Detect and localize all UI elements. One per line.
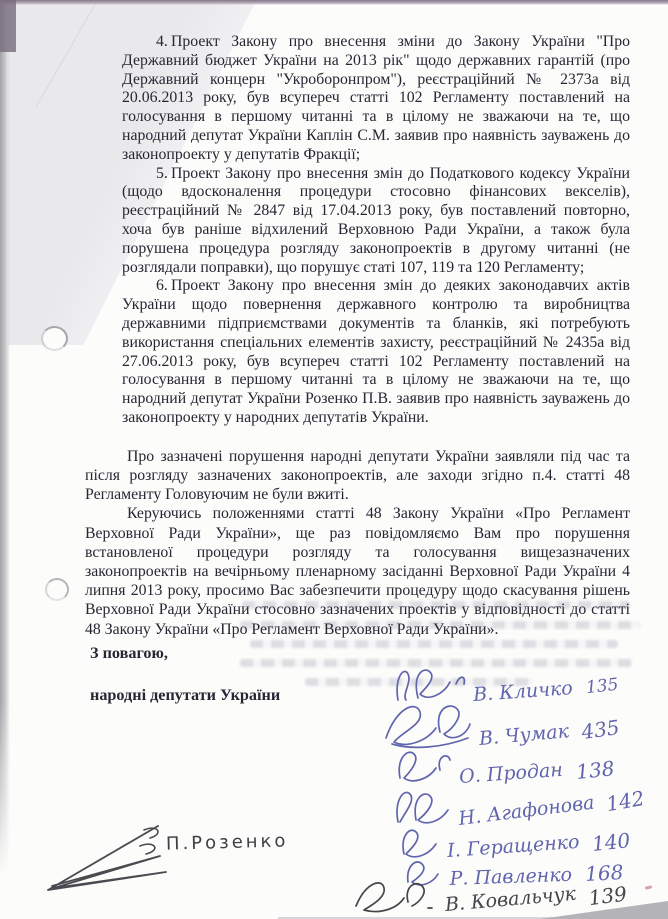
closing-salutation: З повагою,	[90, 644, 168, 663]
scan-edge-top	[0, 0, 668, 5]
scan-artifact	[645, 885, 652, 889]
item-number: 5.	[139, 165, 171, 184]
signature-row: В. Ковальчук 139	[352, 876, 629, 916]
paragraph-violations: Про зазначені порушення народні депутати…	[85, 447, 630, 505]
signature-scribble	[382, 698, 474, 750]
signature-number: 135	[585, 675, 619, 698]
signature-flourish	[40, 820, 172, 896]
signature-row: О. Продан 138	[392, 744, 616, 788]
bleed-through-text	[250, 640, 618, 648]
signature-number: 435	[580, 715, 621, 744]
scan-corner-top-left	[0, 0, 16, 52]
paragraph-request: Керуючись положеннями статті 48 Закону У…	[85, 504, 630, 638]
signature-number: 138	[575, 756, 615, 784]
item-text: Проект Закону про внесення зміни до Зако…	[122, 33, 630, 163]
signature-name: В. Ковальчук	[444, 883, 577, 916]
closing-signatories-label: народні депутати України	[90, 686, 280, 705]
item-number: 4.	[139, 33, 171, 52]
signature-scribble	[392, 744, 454, 788]
signature-number: 142	[604, 786, 646, 816]
signature-number: 140	[591, 828, 631, 856]
signature-scribble	[352, 876, 440, 916]
document-body: 4.Проект Закону про внесення зміни до За…	[0, 33, 668, 639]
signature-number: 139	[588, 882, 629, 910]
list-item-4: 4.Проект Закону про внесення зміни до За…	[122, 33, 630, 165]
item-text: Проект Закону про внесення змін до деяки…	[122, 277, 630, 426]
list-item-6: 6.Проект Закону про внесення змін до дея…	[122, 277, 630, 427]
scanned-document-page: 4.Проект Закону про внесення зміни до За…	[0, 0, 668, 919]
punch-hole	[41, 326, 68, 351]
item-number: 6.	[139, 277, 171, 296]
signature-name: П.Розенко	[166, 830, 289, 854]
list-item-5: 5.Проект Закону про внесення змін до Под…	[122, 165, 630, 278]
punch-hole	[45, 578, 69, 601]
scan-edge-left	[0, 0, 10, 875]
item-text: Проект Закону про внесення змін до Подат…	[122, 165, 630, 276]
signature-row: В. Чумак 435	[382, 698, 622, 750]
